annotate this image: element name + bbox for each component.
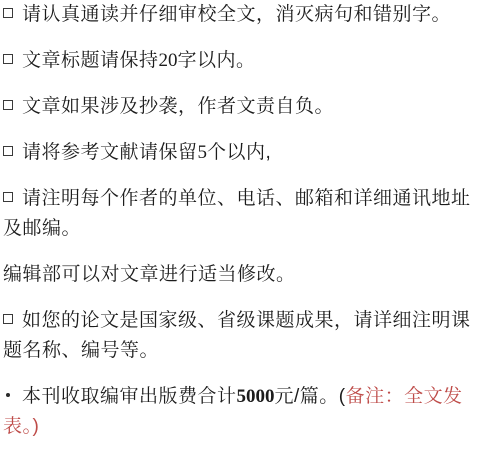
text-segment: 5000: [237, 386, 275, 407]
checkbox-bullet-icon: [3, 314, 13, 324]
checkbox-bullet-icon: [3, 54, 13, 64]
notice-list: 请认真通读并仔细审校全文，消灭病句和错别字。文章标题请保持20字以内。文章如果涉…: [3, 0, 472, 442]
text-segment: 请将参考文献请保留: [22, 142, 198, 163]
text-segment: 请认真通读并仔细审校全文，消灭病句和错别字。: [22, 4, 451, 25]
notice-paragraph: 请将参考文献请保留5个以内,: [3, 138, 472, 168]
text-segment: 5: [198, 142, 208, 163]
notice-paragraph: 编辑部可以对文章进行适当修改。: [3, 260, 472, 290]
notice-paragraph: 文章如果涉及抄袭，作者文责自负。: [3, 92, 472, 122]
text-segment: 字以内。: [178, 50, 256, 71]
document-page: 请认真通读并仔细审校全文，消灭病句和错别字。文章标题请保持20字以内。文章如果涉…: [0, 0, 480, 458]
dot-bullet-icon: [6, 393, 10, 397]
text-segment: 20: [159, 50, 178, 71]
checkbox-bullet-icon: [3, 192, 13, 202]
text-segment: 编辑部可以对文章进行适当修改。: [3, 264, 296, 285]
notice-paragraph: 请认真通读并仔细审校全文，消灭病句和错别字。: [3, 0, 472, 30]
checkbox-bullet-icon: [3, 146, 13, 156]
text-segment: 元/篇。(: [275, 386, 346, 407]
checkbox-bullet-icon: [3, 8, 13, 18]
text-segment: 个以内,: [207, 142, 271, 163]
text-segment: 本刊收取编审出版费合计: [22, 386, 237, 407]
text-segment: 文章标题请保持: [22, 50, 159, 71]
text-segment: 请注明每个作者的单位、电话、邮箱和详细通讯地址及邮编。: [3, 188, 471, 239]
notice-paragraph: 文章标题请保持20字以内。: [3, 46, 472, 76]
notice-paragraph: 请注明每个作者的单位、电话、邮箱和详细通讯地址及邮编。: [3, 184, 472, 244]
text-segment: 如您的论文是国家级、省级课题成果，请详细注明课题名称、编号等。: [3, 310, 471, 361]
notice-paragraph: 如您的论文是国家级、省级课题成果，请详细注明课题名称、编号等。: [3, 306, 472, 366]
text-segment: 文章如果涉及抄袭，作者文责自负。: [22, 96, 334, 117]
notice-paragraph: 本刊收取编审出版费合计5000元/篇。(备注：全文发表。): [3, 382, 472, 442]
checkbox-bullet-icon: [3, 100, 13, 110]
